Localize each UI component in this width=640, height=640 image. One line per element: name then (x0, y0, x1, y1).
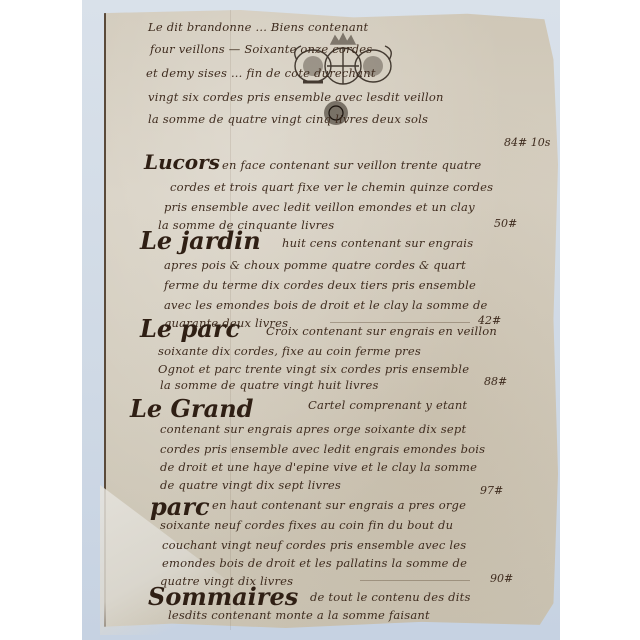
text-line: vingt six cordes pris ensemble avec lesd… (148, 90, 444, 104)
text-line: pris ensemble avec ledit veillon emondes… (164, 200, 475, 214)
text-line: huit cens contenant sur engrais (282, 236, 473, 250)
text-line: four veillons — Soixante onze cordes (150, 42, 372, 56)
section-heading: parc (150, 492, 210, 521)
coat-of-arms-stamp-icon (283, 30, 403, 90)
text-line: la somme de quatre vingt cinq livres deu… (148, 112, 428, 126)
amount: 97# (480, 484, 503, 497)
amount: 84# 10s (504, 136, 550, 149)
section-heading: Sommaires (148, 582, 298, 611)
amount: 90# (490, 572, 513, 585)
text-line: soixante neuf cordes fixes au coin fin d… (160, 518, 453, 532)
section-heading: Le Grand (130, 394, 253, 423)
text-line: et demy sises ... fin de cote durechant (146, 66, 376, 80)
text-line: cordes pris ensemble avec ledit engrais … (160, 442, 485, 456)
text-line: Le dit brandonne ... Biens contenant (148, 20, 368, 34)
text-line: lesdits contenant monte a la somme faisa… (168, 608, 430, 622)
text-line: la somme de quatre vingt huit livres (160, 378, 379, 392)
text-line: de droit et une haye d'epine vive et le … (160, 460, 477, 474)
section-heading: Lucors (144, 150, 220, 174)
text-line: de quatre vingt dix sept livres (160, 478, 341, 492)
text-line: Cartel comprenant y etant (308, 398, 467, 412)
text-line: ferme du terme dix cordes deux tiers pri… (164, 278, 476, 292)
text-line: en face contenant sur veillon trente qua… (222, 158, 481, 172)
text-line: couchant vingt neuf cordes pris ensemble… (162, 538, 466, 552)
text-line: emondes bois de droit et les pallatins l… (162, 556, 467, 570)
text-line: avec les emondes bois de droit et le cla… (164, 298, 488, 312)
section-heading: Le jardin (140, 226, 261, 255)
ledger-rule (360, 580, 470, 581)
text-line: contenant sur engrais apres orge soixant… (160, 422, 466, 436)
section-heading: Le parc (140, 314, 240, 343)
text-line: en haut contenant sur engrais a pres org… (212, 498, 466, 512)
text-line: apres pois & choux pomme quatre cordes &… (164, 258, 466, 272)
text-line: soixante dix cordes, fixe au coin ferme … (158, 344, 421, 358)
text-line: de tout le contenu des dits (310, 590, 471, 604)
amount: 50# (494, 217, 517, 230)
text-line: cordes et trois quart fixe ver le chemin… (170, 180, 493, 194)
amount: 88# (484, 375, 507, 388)
ledger-rule (330, 322, 470, 323)
text-line: Ognot et parc trente vingt six cordes pr… (158, 362, 469, 376)
text-line: Croix contenant sur engrais en veillon (266, 324, 497, 338)
